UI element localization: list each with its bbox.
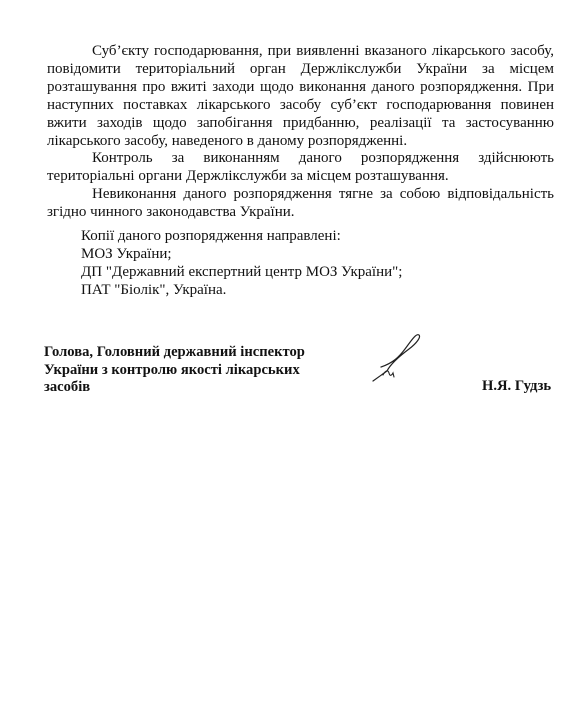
copy-recipient: МОЗ України; (81, 246, 402, 264)
signer-title: Голова, Головний державний інспектор Укр… (44, 344, 305, 397)
paragraph-notification: Суб’єкту господарювання, при виявленні в… (47, 43, 554, 150)
signer-name: Н.Я. Гудзь (482, 378, 551, 395)
copy-recipient: ДП "Державний експертний центр МОЗ Украї… (81, 264, 402, 282)
copies-heading: Копії даного розпорядження направлені: (81, 228, 402, 246)
paragraph-liability: Невиконання даного розпорядження тягне з… (47, 186, 554, 222)
signer-title-line: Голова, Головний державний інспектор (44, 344, 305, 362)
copy-recipient: ПАТ "Біолік", Україна. (81, 282, 402, 300)
signer-title-line: України з контролю якості лікарських (44, 362, 305, 380)
copies-block: Копії даного розпорядження направлені: М… (81, 228, 402, 300)
paragraph-control: Контроль за виконанням даного розпорядже… (47, 150, 554, 186)
handwritten-signature-icon (365, 333, 435, 385)
signer-title-line: засобів (44, 379, 305, 397)
document-body: Суб’єкту господарювання, при виявленні в… (47, 43, 554, 222)
document-page: Суб’єкту господарювання, при виявленні в… (0, 0, 578, 716)
